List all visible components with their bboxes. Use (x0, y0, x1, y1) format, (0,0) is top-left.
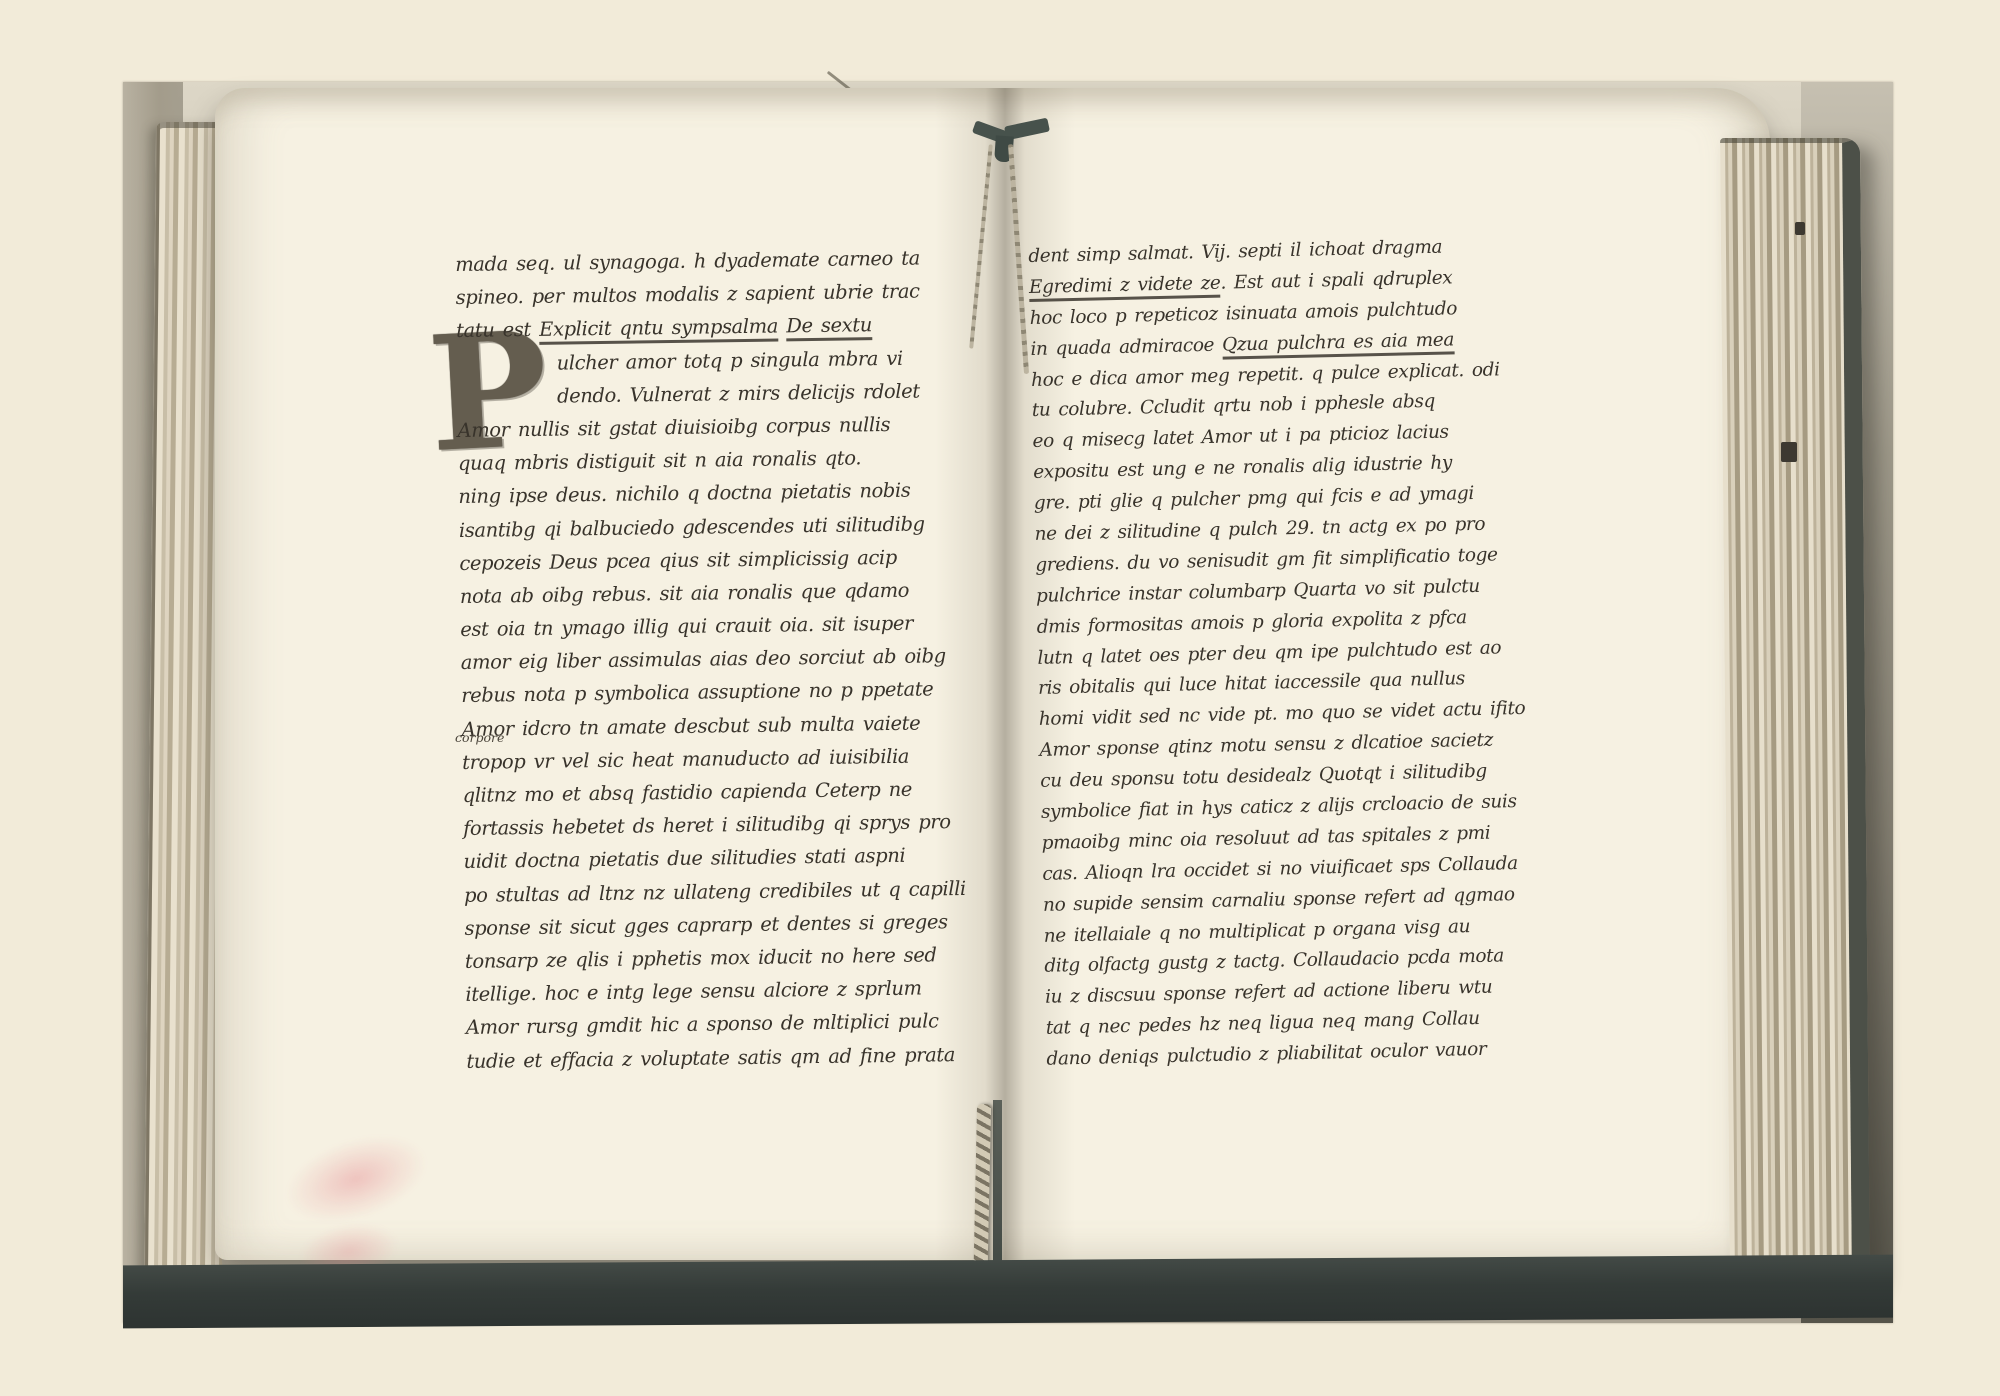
clasp-mark (1795, 222, 1805, 235)
gutter-gap-shadow (993, 1100, 1002, 1264)
right-page-text: dent simp salmat. Vij. septi il ichoat d… (1028, 229, 1631, 1076)
interlinear-correction: corpore (455, 730, 504, 745)
right-page-fore-edge (1720, 138, 1870, 1283)
clasp-mark (1781, 442, 1797, 462)
left-page-text: mada seq. ul synagoga. h dyademate carne… (455, 240, 1033, 1078)
table-shadow (123, 1255, 1893, 1329)
manuscript-photograph: P mada seq. ul synagoga. h dyademate car… (123, 82, 1893, 1323)
